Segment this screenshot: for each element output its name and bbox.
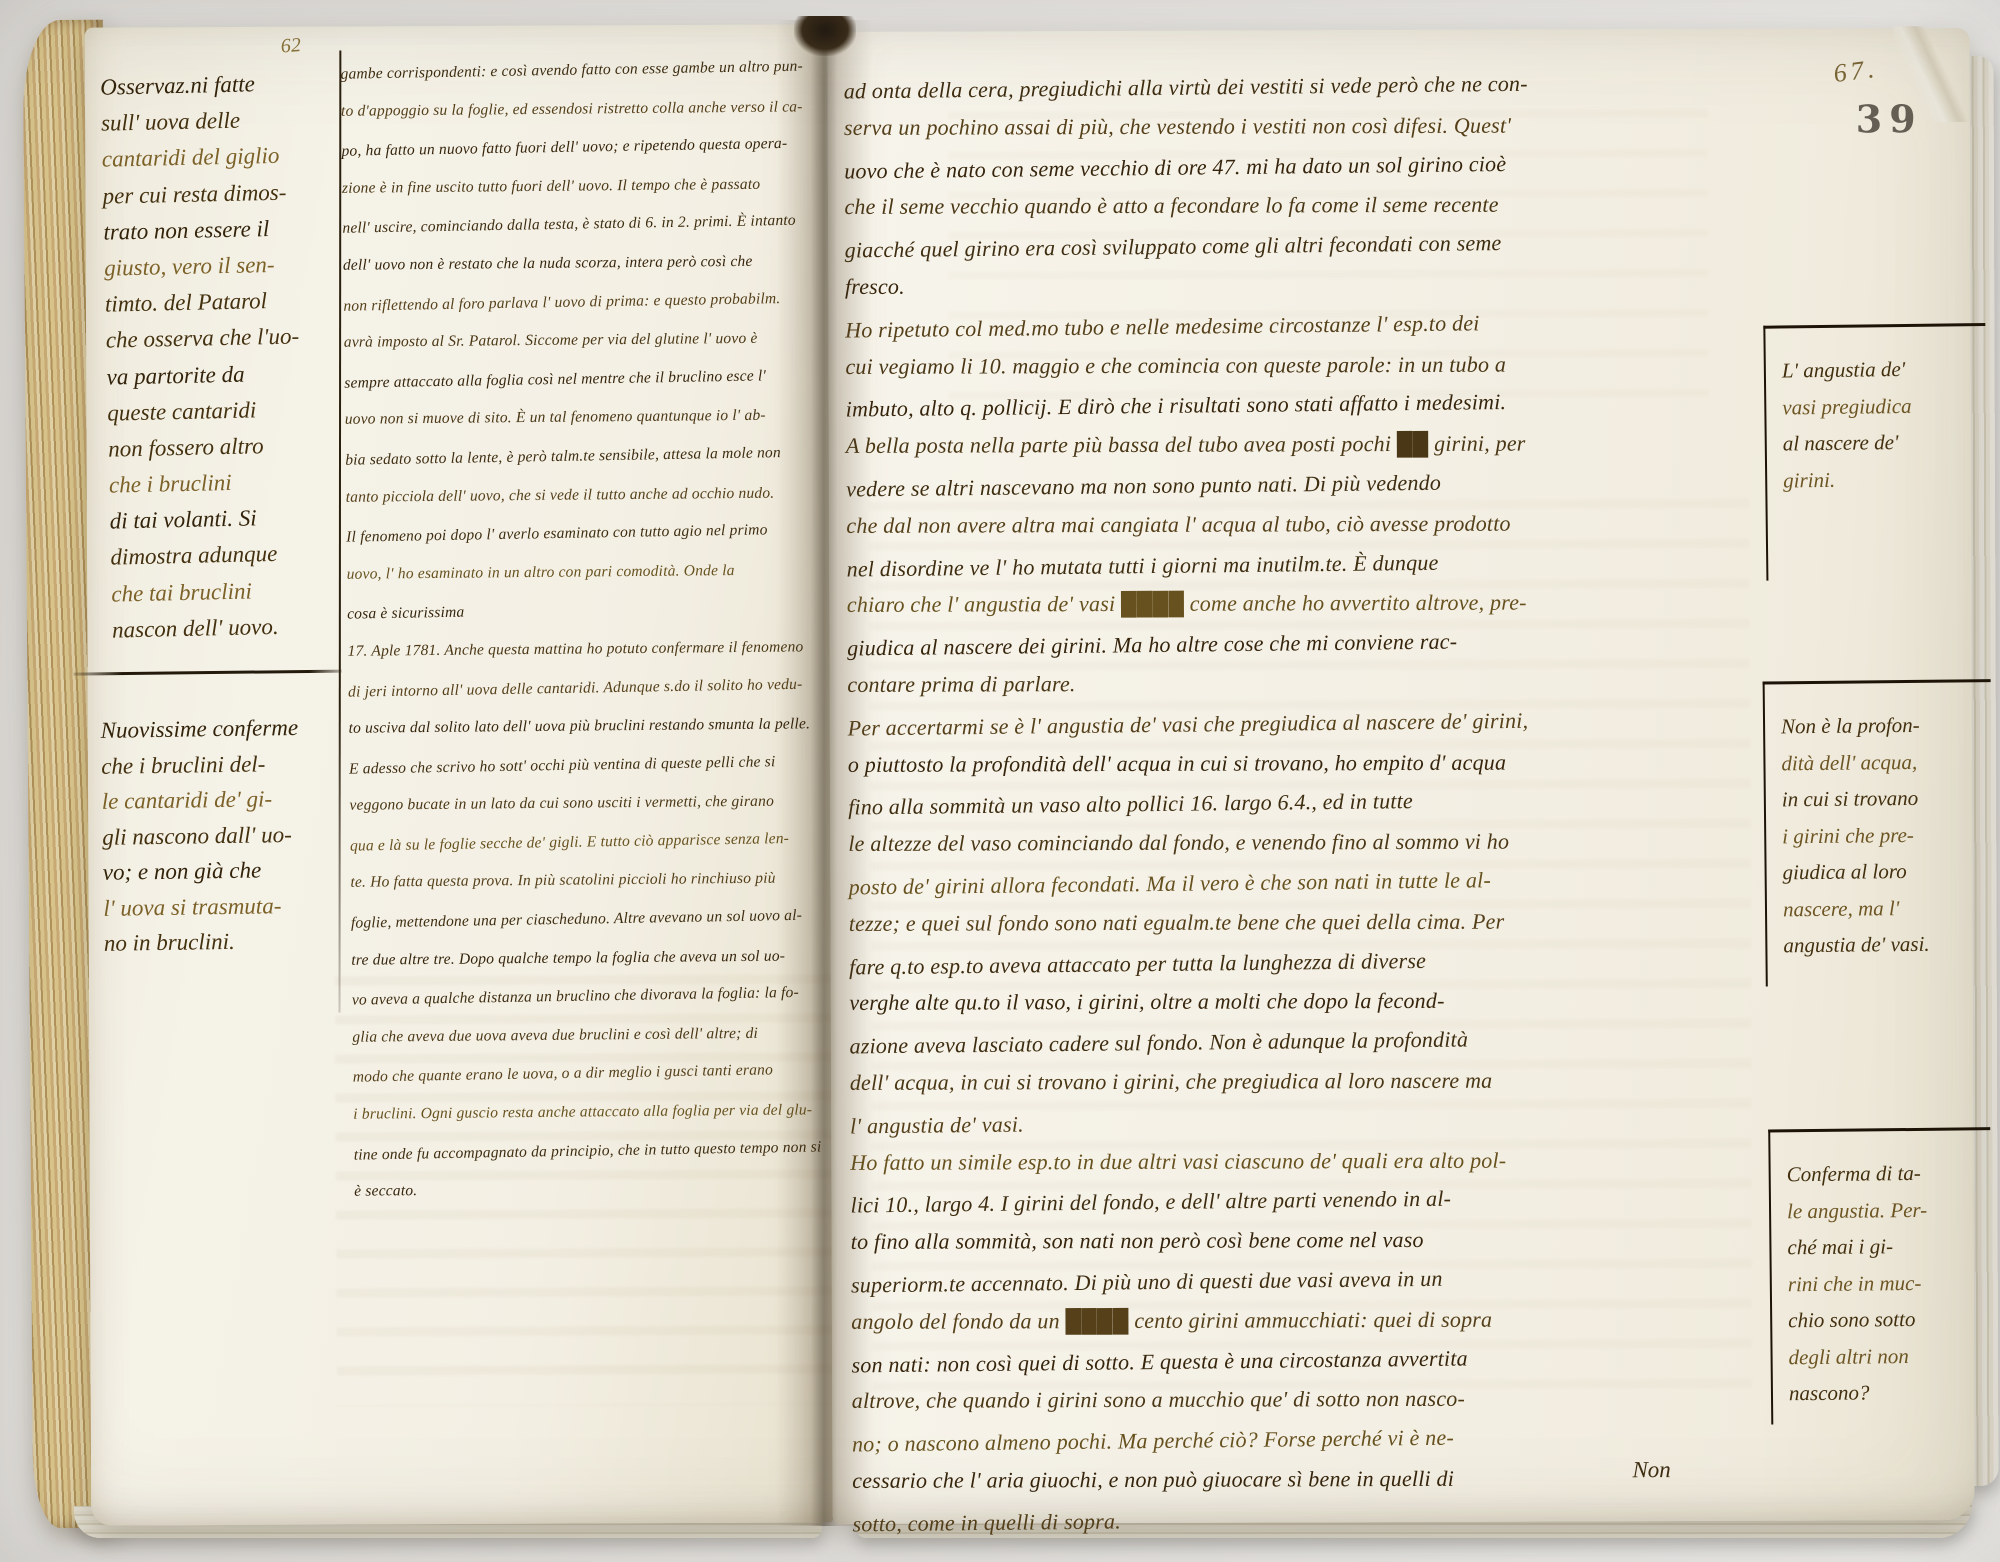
manuscript-line: gambe corrispondenti: e così avendo fatt…	[340, 47, 829, 94]
manuscript-line: giudica al nascere dei girini. Ma ho alt…	[847, 618, 1753, 668]
manuscript-line: che il seme vecchio quando è atto a feco…	[844, 184, 1750, 227]
manuscript-line: avrà imposto al Sr. Patarol. Siccome per…	[344, 319, 832, 362]
manuscript-line: dell' uovo non è restato che la nuda sco…	[343, 242, 831, 285]
left-margin-note-2: Nuovissime confermeche i bruclini del-le…	[100, 709, 348, 961]
margin-note-line: no in bruclini.	[104, 922, 348, 961]
margin-note-line: giusto, vero il sen-	[104, 245, 345, 286]
manuscript-line: cosa è sicurissima	[347, 587, 836, 634]
margin-horizontal-rule	[74, 670, 342, 676]
manuscript-line: tanto picciola dell' uovo, che si vede i…	[346, 474, 834, 517]
manuscript-line: l' angustia de' vasi.	[850, 1096, 1756, 1146]
margin-note-line: non fossero altro	[108, 426, 349, 467]
manuscript-line: Per accertarmi se è l' angustia de' vasi…	[847, 698, 1753, 748]
manuscript-line: angolo del fondo da un ████ cento girini…	[851, 1298, 1757, 1341]
manuscript-line: tezze; e quei sul fondo sono nati egualm…	[849, 900, 1755, 943]
right-margin-note-3: Conferma di ta-le angustia. Per-ché mai …	[1768, 1127, 1993, 1424]
manuscript-line: vo aveva a qualche distanza un bruclino …	[352, 973, 841, 1020]
manuscript-line: serva un pochino assai di più, che veste…	[844, 105, 1750, 148]
manuscript-line: verghe alte qu.to il vaso, i girini, olt…	[849, 980, 1755, 1023]
margin-note-line: chio sono sotto	[1788, 1300, 1988, 1339]
margin-note-line: sull' uova delle	[101, 101, 342, 142]
manuscript-line: azione aveva lasciato cadere sul fondo. …	[849, 1016, 1755, 1066]
right-margin-note-1: L' angustia de'vasi pregiudicaal nascere…	[1763, 323, 1988, 581]
manuscript-line: imbuto, alto q. pollicij. E dirò che i r…	[845, 380, 1751, 430]
photograph-background: 62 Osservaz.ni fattesull' uova dellecant…	[0, 0, 2000, 1562]
margin-note-line: timto. del Patarol	[105, 282, 346, 323]
margin-note-line: dità dell' acqua,	[1781, 743, 1987, 782]
margin-note-line: che i bruclini	[109, 462, 350, 503]
left-page-text-block: gambe corrispondenti: e così avendo fatt…	[340, 48, 842, 1212]
gutter-top-notch	[794, 16, 856, 56]
manuscript-line: po, ha fatto un nuovo fatto fuori dell' …	[341, 124, 830, 171]
margin-note-line: nascon dell' uovo.	[112, 607, 353, 648]
manuscript-line: giacché quel girino era così sviluppato …	[844, 220, 1750, 270]
margin-note-line: al nascere de'	[1783, 423, 1983, 462]
margin-note-line: trato non essere il	[103, 209, 344, 250]
folio-number-ink: 67.	[1832, 54, 1880, 89]
manuscript-line: nell' uscire, cominciando dalla testa, è…	[342, 202, 831, 249]
catchword: Non	[1632, 1457, 1670, 1483]
margin-note-line: va partorite da	[106, 354, 347, 395]
right-margin-note-2: Non è la profon-dità dell' acqua,in cui …	[1763, 679, 1994, 986]
margin-note-line: le cantaridi de' gi-	[101, 780, 345, 819]
manuscript-line: to usciva dal solito lato dell' uova più…	[348, 705, 836, 748]
manuscript-line: vedere se altri nascevano ma non sono pu…	[846, 459, 1752, 509]
manuscript-line: A bella posta nella parte più bassa del …	[846, 423, 1752, 466]
manuscript-line: 17. Aple 1781. Anche questa mattina ho p…	[347, 628, 835, 671]
margin-note-line: giudica al loro	[1782, 852, 1988, 891]
manuscript-line: non riflettendo al foro parlava l' uovo …	[343, 279, 832, 326]
margin-note-line: vasi pregiudica	[1782, 387, 1982, 426]
margin-note-line: cantaridi del giglio	[101, 137, 342, 178]
left-margin-note-1: Osservaz.ni fattesull' uova dellecantari…	[100, 64, 353, 648]
margin-note-line: Nuovissime conferme	[100, 709, 344, 748]
margin-note-line: gli nascono dall' uo-	[102, 816, 346, 855]
manuscript-line: uovo non si muove di sito. È un tal feno…	[345, 396, 833, 439]
manuscript-line: ad onta della cera, pregiudichi alla vir…	[844, 61, 1750, 111]
manuscript-line: dell' acqua, in cui si trovano i girini,…	[850, 1060, 1756, 1103]
manuscript-line: che dal non avere altra mai cangiata l' …	[846, 503, 1752, 546]
margin-note-line: angustia de' vasi.	[1783, 925, 1989, 964]
manuscript-line: fino alla sommità un vaso alto pollici 1…	[848, 778, 1754, 828]
margin-note-line: le angustia. Per-	[1787, 1191, 1987, 1230]
manuscript-line: modo che quante erano le uova, o a dir m…	[352, 1051, 841, 1098]
margin-note-line: degli altri non	[1788, 1337, 1988, 1376]
margin-note-line: che tai bruclini	[111, 571, 352, 612]
margin-note-line: in cui si trovano	[1782, 779, 1988, 818]
manuscript-line: bia sedato sotto la lente, è però talm.t…	[345, 433, 834, 480]
margin-note-line: per cui resta dimos-	[102, 173, 343, 214]
margin-note-line: girini.	[1783, 460, 1983, 499]
manuscript-line: posto de' girini allora fecondati. Ma il…	[848, 857, 1754, 907]
manuscript-line: sotto, come in quelli di sopra.	[852, 1494, 1758, 1544]
manuscript-line: è seccato.	[354, 1168, 842, 1211]
manuscript-line: fresco.	[845, 264, 1751, 307]
manuscript-line: no; o nascono almeno pochi. Ma perché ci…	[852, 1414, 1758, 1464]
manuscript-line: te. Ho fatta questa prova. In più scatol…	[350, 860, 838, 903]
manuscript-line: le altezze del vaso cominciando dal fond…	[848, 821, 1754, 864]
right-page: 67. 39 ad onta della cera, pregiudichi a…	[827, 28, 1974, 1524]
manuscript-line: chiaro che l' angustia de' vasi ████ com…	[847, 582, 1753, 625]
margin-note-line: l' uova si trasmuta-	[103, 887, 347, 926]
corner-scribble: 62	[280, 34, 302, 58]
left-page: 62 Osservaz.ni fattesull' uova dellecant…	[85, 24, 834, 1525]
margin-note-line: ché mai i gi-	[1787, 1227, 1987, 1266]
open-manuscript-book: 62 Osservaz.ni fattesull' uova dellecant…	[10, 12, 1988, 1550]
manuscript-line: contare prima di parlare.	[847, 662, 1753, 705]
manuscript-line: i bruclini. Ogni guscio resta anche atta…	[353, 1091, 841, 1134]
manuscript-line: Ho ripetuto col med.mo tubo e nelle mede…	[845, 300, 1751, 350]
manuscript-line: veggono bucate in un lato da cui sono us…	[349, 782, 837, 825]
margin-note-line: che osserva che l'uo-	[105, 318, 346, 359]
margin-note-line: nascono?	[1789, 1373, 1989, 1412]
margin-note-line: rini che in muc-	[1788, 1264, 1988, 1303]
margin-note-line: Conferma di ta-	[1786, 1154, 1986, 1193]
manuscript-line: superiorm.te accennato. Di più uno di qu…	[851, 1255, 1757, 1305]
manuscript-line: altrove, che quando i girini sono a mucc…	[852, 1378, 1758, 1421]
margin-note-line: vo; e non già che	[103, 851, 347, 890]
margin-note-line: che i bruclini del-	[101, 745, 345, 784]
page-number-stamp: 39	[1856, 96, 1923, 141]
manuscript-line: foglie, mettendone una per ciascheduno. …	[351, 896, 840, 943]
manuscript-line: cessario che l' aria giuochi, e non può …	[852, 1458, 1758, 1501]
right-page-text-block: ad onta della cera, pregiudichi alla vir…	[844, 64, 1759, 1542]
margin-note-line: dimostra adunque	[110, 535, 351, 576]
margin-note-line: L' angustia de'	[1782, 350, 1982, 389]
manuscript-line: to fino alla sommità, son nati non però …	[851, 1219, 1757, 1262]
margin-note-line: Osservaz.ni fatte	[100, 64, 341, 105]
margin-note-line: nascere, ma l'	[1783, 889, 1989, 928]
manuscript-line: Il fenomeno poi dopo l' averlo esaminato…	[346, 510, 835, 557]
margin-note-line: Non è la profon-	[1781, 706, 1987, 745]
margin-note-line: i girini che pre-	[1782, 816, 1988, 855]
manuscript-line: lici 10., largo 4. I girini del fondo, e…	[850, 1176, 1756, 1226]
margin-note-line: di tai volanti. Si	[109, 499, 350, 540]
manuscript-line: di jeri intorno all' uova delle cantarid…	[348, 665, 837, 712]
margin-note-line: queste cantaridi	[107, 390, 348, 431]
